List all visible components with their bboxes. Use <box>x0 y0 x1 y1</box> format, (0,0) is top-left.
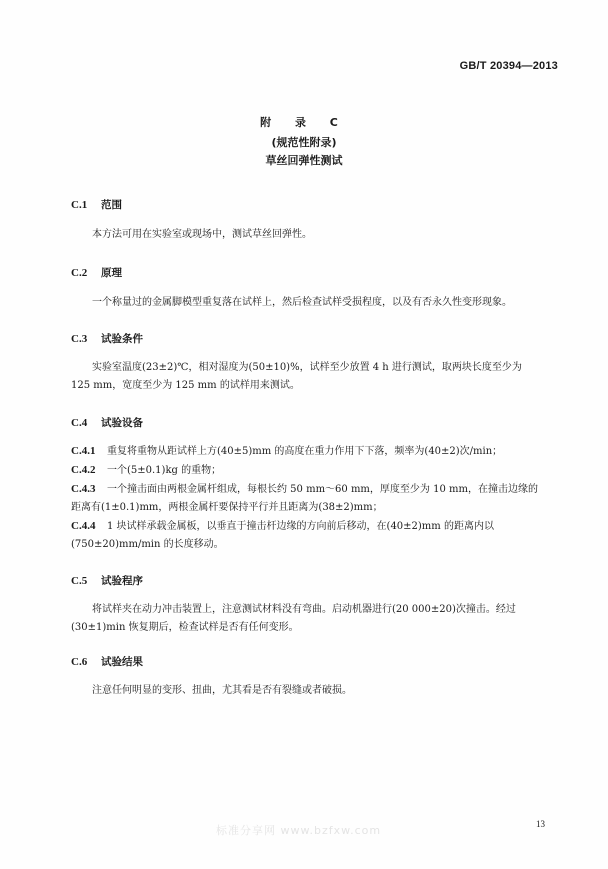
section-number: C.6 <box>71 656 101 668</box>
section-paragraph-c5: 将试样夹在动力冲击装置上，注意测试材料没有弯曲。启动机器进行(20 000±20… <box>71 601 541 637</box>
section-number: C.2 <box>71 267 101 279</box>
annex-name: 草丝回弹性测试 <box>0 152 608 168</box>
section-heading-c5: C.5试验程序 <box>71 573 143 588</box>
item-number: C.4.2 <box>71 461 107 479</box>
item-text: 一个(5±0.1)kg 的重物； <box>107 465 221 476</box>
annex-type: (规范性附录) <box>0 134 608 150</box>
section-paragraph-c1: 本方法可用在实验室或现场中，测试草丝回弹性。 <box>71 226 541 244</box>
list-item-c4-3: C.4.3一个撞击面由两根金属杆组成，每根长约 50 mm～60 mm，厚度至少… <box>71 480 541 517</box>
section-title: 试验设备 <box>101 417 143 429</box>
standard-code: GB/T 20394—2013 <box>460 60 558 72</box>
item-text: 重复将重物从距试样上方(40±5)mm 的高度在重力作用下下落，频率为(40±2… <box>107 446 502 457</box>
section-heading-c2: C.2原理 <box>71 265 122 280</box>
list-item-c4-4: C.4.41 块试样承载金属板，以垂直于撞击杆边缘的方向前后移动，在(40±2)… <box>71 517 541 554</box>
section-heading-c1: C.1范围 <box>71 197 122 212</box>
item-text: 一个撞击面由两根金属杆组成，每根长约 50 mm～60 mm，厚度至少为 10 … <box>71 484 538 513</box>
item-number: C.4.4 <box>71 517 107 535</box>
section-title: 范围 <box>101 199 122 211</box>
list-item-c4-2: C.4.2一个(5±0.1)kg 的重物； <box>71 461 541 480</box>
section-heading-c6: C.6试验结果 <box>71 654 143 669</box>
document-page: GB/T 20394—2013 附 录 C (规范性附录) 草丝回弹性测试 C.… <box>0 0 608 869</box>
section-heading-c3: C.3试验条件 <box>71 331 143 346</box>
section-number: C.3 <box>71 333 101 345</box>
list-item-c4-1: C.4.1重复将重物从距试样上方(40±5)mm 的高度在重力作用下下落，频率为… <box>71 442 541 461</box>
page-number: 13 <box>536 819 545 829</box>
section-heading-c4: C.4试验设备 <box>71 415 143 430</box>
watermark: 标准分享网 www.bzfxw.com <box>216 822 381 838</box>
section-number: C.1 <box>71 199 101 211</box>
section-number: C.5 <box>71 575 101 587</box>
section-title: 试验条件 <box>101 333 143 345</box>
item-number: C.4.3 <box>71 480 107 498</box>
section-paragraph-c3: 实验室温度(23±2)℃，相对湿度为(50±10)%，试样至少放置 4 h 进行… <box>71 359 541 395</box>
section-number: C.4 <box>71 417 101 429</box>
section-title: 原理 <box>101 267 122 279</box>
section-paragraph-c2: 一个称量过的金属脚模型重复落在试样上，然后检查试样受损程度，以及有否永久性变形现… <box>71 294 541 312</box>
section-title: 试验结果 <box>101 656 143 668</box>
annex-title: 附 录 C <box>0 114 608 130</box>
section-title: 试验程序 <box>101 575 143 587</box>
section-paragraph-c6: 注意任何明显的变形、扭曲，尤其看是否有裂缝或者破损。 <box>71 682 541 700</box>
item-number: C.4.1 <box>71 442 107 460</box>
item-text: 1 块试样承载金属板，以垂直于撞击杆边缘的方向前后移动，在(40±2)mm 的距… <box>71 521 494 550</box>
